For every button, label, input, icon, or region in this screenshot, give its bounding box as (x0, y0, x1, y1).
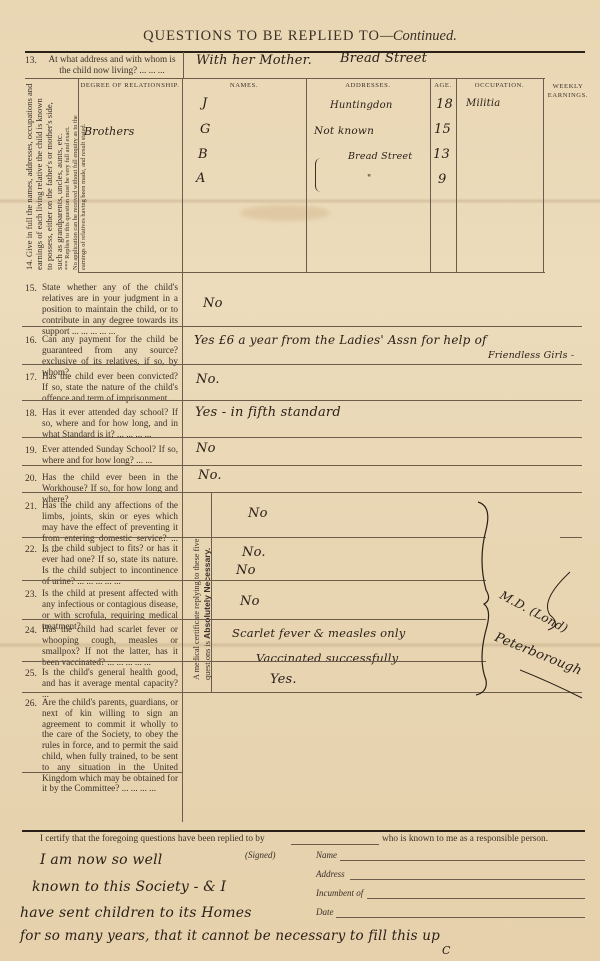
answer-24[interactable]: Scarlet fever & measles only (232, 626, 405, 640)
q13-number: 13. (25, 56, 37, 66)
row-rule (22, 364, 582, 365)
section-rule (22, 830, 585, 832)
row-rule (22, 580, 212, 581)
divider (306, 78, 307, 272)
address-field[interactable] (350, 879, 585, 880)
row-rule (22, 537, 212, 538)
signature-flourish (520, 570, 590, 700)
row-rule (22, 492, 582, 493)
row-rule (22, 661, 212, 662)
incumbent-field[interactable] (367, 898, 585, 899)
relative-age[interactable]: 9 (438, 172, 446, 187)
answer-18[interactable]: Yes - in fifth standard (195, 405, 341, 420)
answer-25[interactable]: Yes. (270, 672, 297, 687)
answer-22[interactable]: No. (242, 545, 266, 560)
row-rule (22, 326, 582, 327)
answer-16-line2[interactable]: Friendless Girls - (488, 350, 574, 361)
answer-26[interactable] (190, 697, 580, 817)
page-title: QUESTIONS TO BE REPLIED TO—Continued. (0, 28, 600, 45)
answer-15[interactable]: No (203, 296, 223, 311)
row-rule (22, 437, 582, 438)
answer-21[interactable]: No (248, 506, 268, 521)
col-header-age: AGE. (430, 82, 456, 89)
relative-name[interactable]: G (200, 122, 211, 137)
col-header-relationship: DEGREE OF RELATIONSHIP. (78, 82, 182, 89)
handwritten-initial: C (442, 944, 451, 957)
relationship-value[interactable]: Brothers (84, 125, 134, 138)
paper-stain (240, 205, 330, 221)
handwritten-note-line3[interactable]: have sent children to its Homes (20, 905, 252, 921)
handwritten-note-line1[interactable]: I am now so well (40, 852, 162, 868)
divider (78, 78, 79, 272)
row-rule (22, 772, 182, 773)
relative-occupation[interactable]: Militia (466, 98, 500, 109)
row-rule (211, 580, 486, 581)
relative-address[interactable]: Bread Street (348, 151, 412, 162)
relative-name[interactable]: A (196, 171, 206, 186)
col-header-earnings: WEEKLY EARNINGS. (543, 82, 593, 100)
name-label: Name (316, 850, 337, 860)
row-rule (560, 537, 582, 538)
q13-question: At what address and with whom is the chi… (44, 54, 180, 76)
date-label: Date (316, 907, 334, 917)
row-rule (78, 272, 545, 273)
answer-16[interactable]: Yes £6 a year from the Ladies' Assn for … (194, 333, 487, 347)
divider (182, 78, 183, 272)
ditto-bracket (315, 158, 322, 192)
row-rule (211, 619, 486, 620)
brace-mark (470, 500, 500, 696)
medical-certificate-note: A medical certificate replying to these … (192, 539, 213, 680)
row-rule (22, 400, 582, 401)
row-rule (22, 465, 582, 466)
answer-19[interactable]: No (196, 441, 216, 456)
q13-answer-address[interactable]: Bread Street (340, 51, 427, 66)
col-header-names: NAMES. (182, 82, 306, 89)
signed-label: (Signed) (245, 850, 276, 860)
relative-age[interactable]: 13 (433, 147, 450, 162)
col-header-addresses: ADDRESSES. (306, 82, 430, 89)
handwritten-note-line4[interactable]: for so many years, that it cannot be nec… (20, 928, 440, 944)
divider (456, 78, 457, 272)
row-rule (22, 619, 212, 620)
incumbent-label: Incumbent of (316, 888, 363, 898)
relative-address[interactable]: Not known (314, 125, 374, 137)
answer-22-line2[interactable]: No (236, 563, 256, 578)
relative-age[interactable]: 18 (436, 97, 453, 112)
divider (183, 52, 184, 78)
certified-person-line[interactable] (291, 844, 379, 845)
answer-20[interactable]: No. (198, 468, 222, 483)
handwritten-note-line2[interactable]: known to this Society - & I (32, 879, 226, 895)
row-rule (211, 661, 486, 662)
certification-statement: I certify that the foregoing questions h… (40, 834, 585, 844)
relative-address[interactable]: " (367, 174, 371, 184)
col-header-occupation: OCCUPATION. (456, 82, 543, 89)
name-field[interactable] (340, 860, 585, 861)
answer-24-line2[interactable]: Vaccinated successfully (256, 651, 398, 665)
date-field[interactable] (336, 917, 585, 918)
q13-answer-whom[interactable]: With her Mother. (196, 53, 312, 68)
row-rule (25, 78, 545, 79)
divider (430, 78, 431, 272)
divider (543, 78, 544, 272)
title-suffix: —Continued. (380, 28, 457, 44)
answer-23[interactable]: No (240, 594, 260, 609)
relative-address[interactable]: Huntingdon (330, 100, 393, 111)
paper-fold (0, 198, 600, 204)
row-rule (211, 537, 486, 538)
divider (182, 272, 183, 822)
relative-name[interactable]: B (198, 147, 208, 162)
relative-name[interactable]: J (202, 96, 207, 111)
address-label: Address (316, 869, 345, 879)
answer-17[interactable]: No. (196, 372, 220, 387)
relative-age[interactable]: 15 (434, 122, 451, 137)
